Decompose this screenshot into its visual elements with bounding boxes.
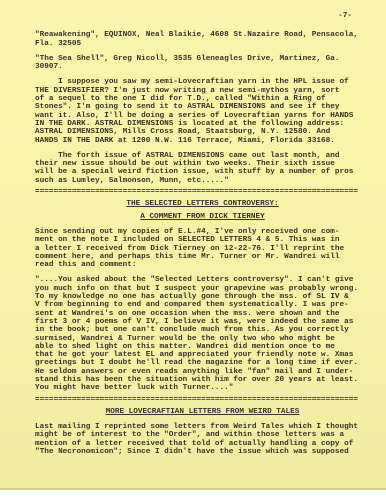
- paragraph-tierney-intro: Since sending out my copies of E.L.#4, I…: [35, 228, 370, 269]
- heading-comment-dick-tierney: A COMMENT FROM DICK TIERNEY: [35, 213, 370, 221]
- address-seashell: "The Sea Shell", Greg Nicoll, 3535 Glene…: [35, 55, 370, 72]
- paragraph-diversifier: I suppose you saw my semi-Lovecraftian y…: [35, 78, 370, 144]
- scanned-page-viewport: -7- "Reawakening", EQUINOX, Neal Blaikie…: [0, 0, 386, 500]
- document-page: -7- "Reawakening", EQUINOX, Neal Blaikie…: [0, 0, 386, 490]
- section-divider-top: ========================================…: [35, 188, 370, 196]
- section-divider-bottom: ========================================…: [35, 396, 370, 404]
- address-equinox: "Reawakening", EQUINOX, Neal Blaikie, 46…: [35, 31, 370, 48]
- page-content: -7- "Reawakening", EQUINOX, Neal Blaikie…: [0, 0, 386, 456]
- heading-more-lovecraftian-letters: MORE LOVECRAFTIAN LETTERS FROM WEIRD TAL…: [35, 408, 370, 416]
- paragraph-weird-tales: Last mailing I reprinted some letters fr…: [35, 423, 370, 456]
- paragraph-tierney-quote: "....You asked about the "Selected Lette…: [35, 276, 370, 392]
- paragraph-astral-dimensions: The forth issue of ASTRAL DIMENSIONS cam…: [35, 152, 370, 185]
- page-number: -7-: [35, 12, 370, 20]
- heading-selected-letters-controversy: THE SELECTED LETTERS CONTROVERSY:: [35, 200, 370, 208]
